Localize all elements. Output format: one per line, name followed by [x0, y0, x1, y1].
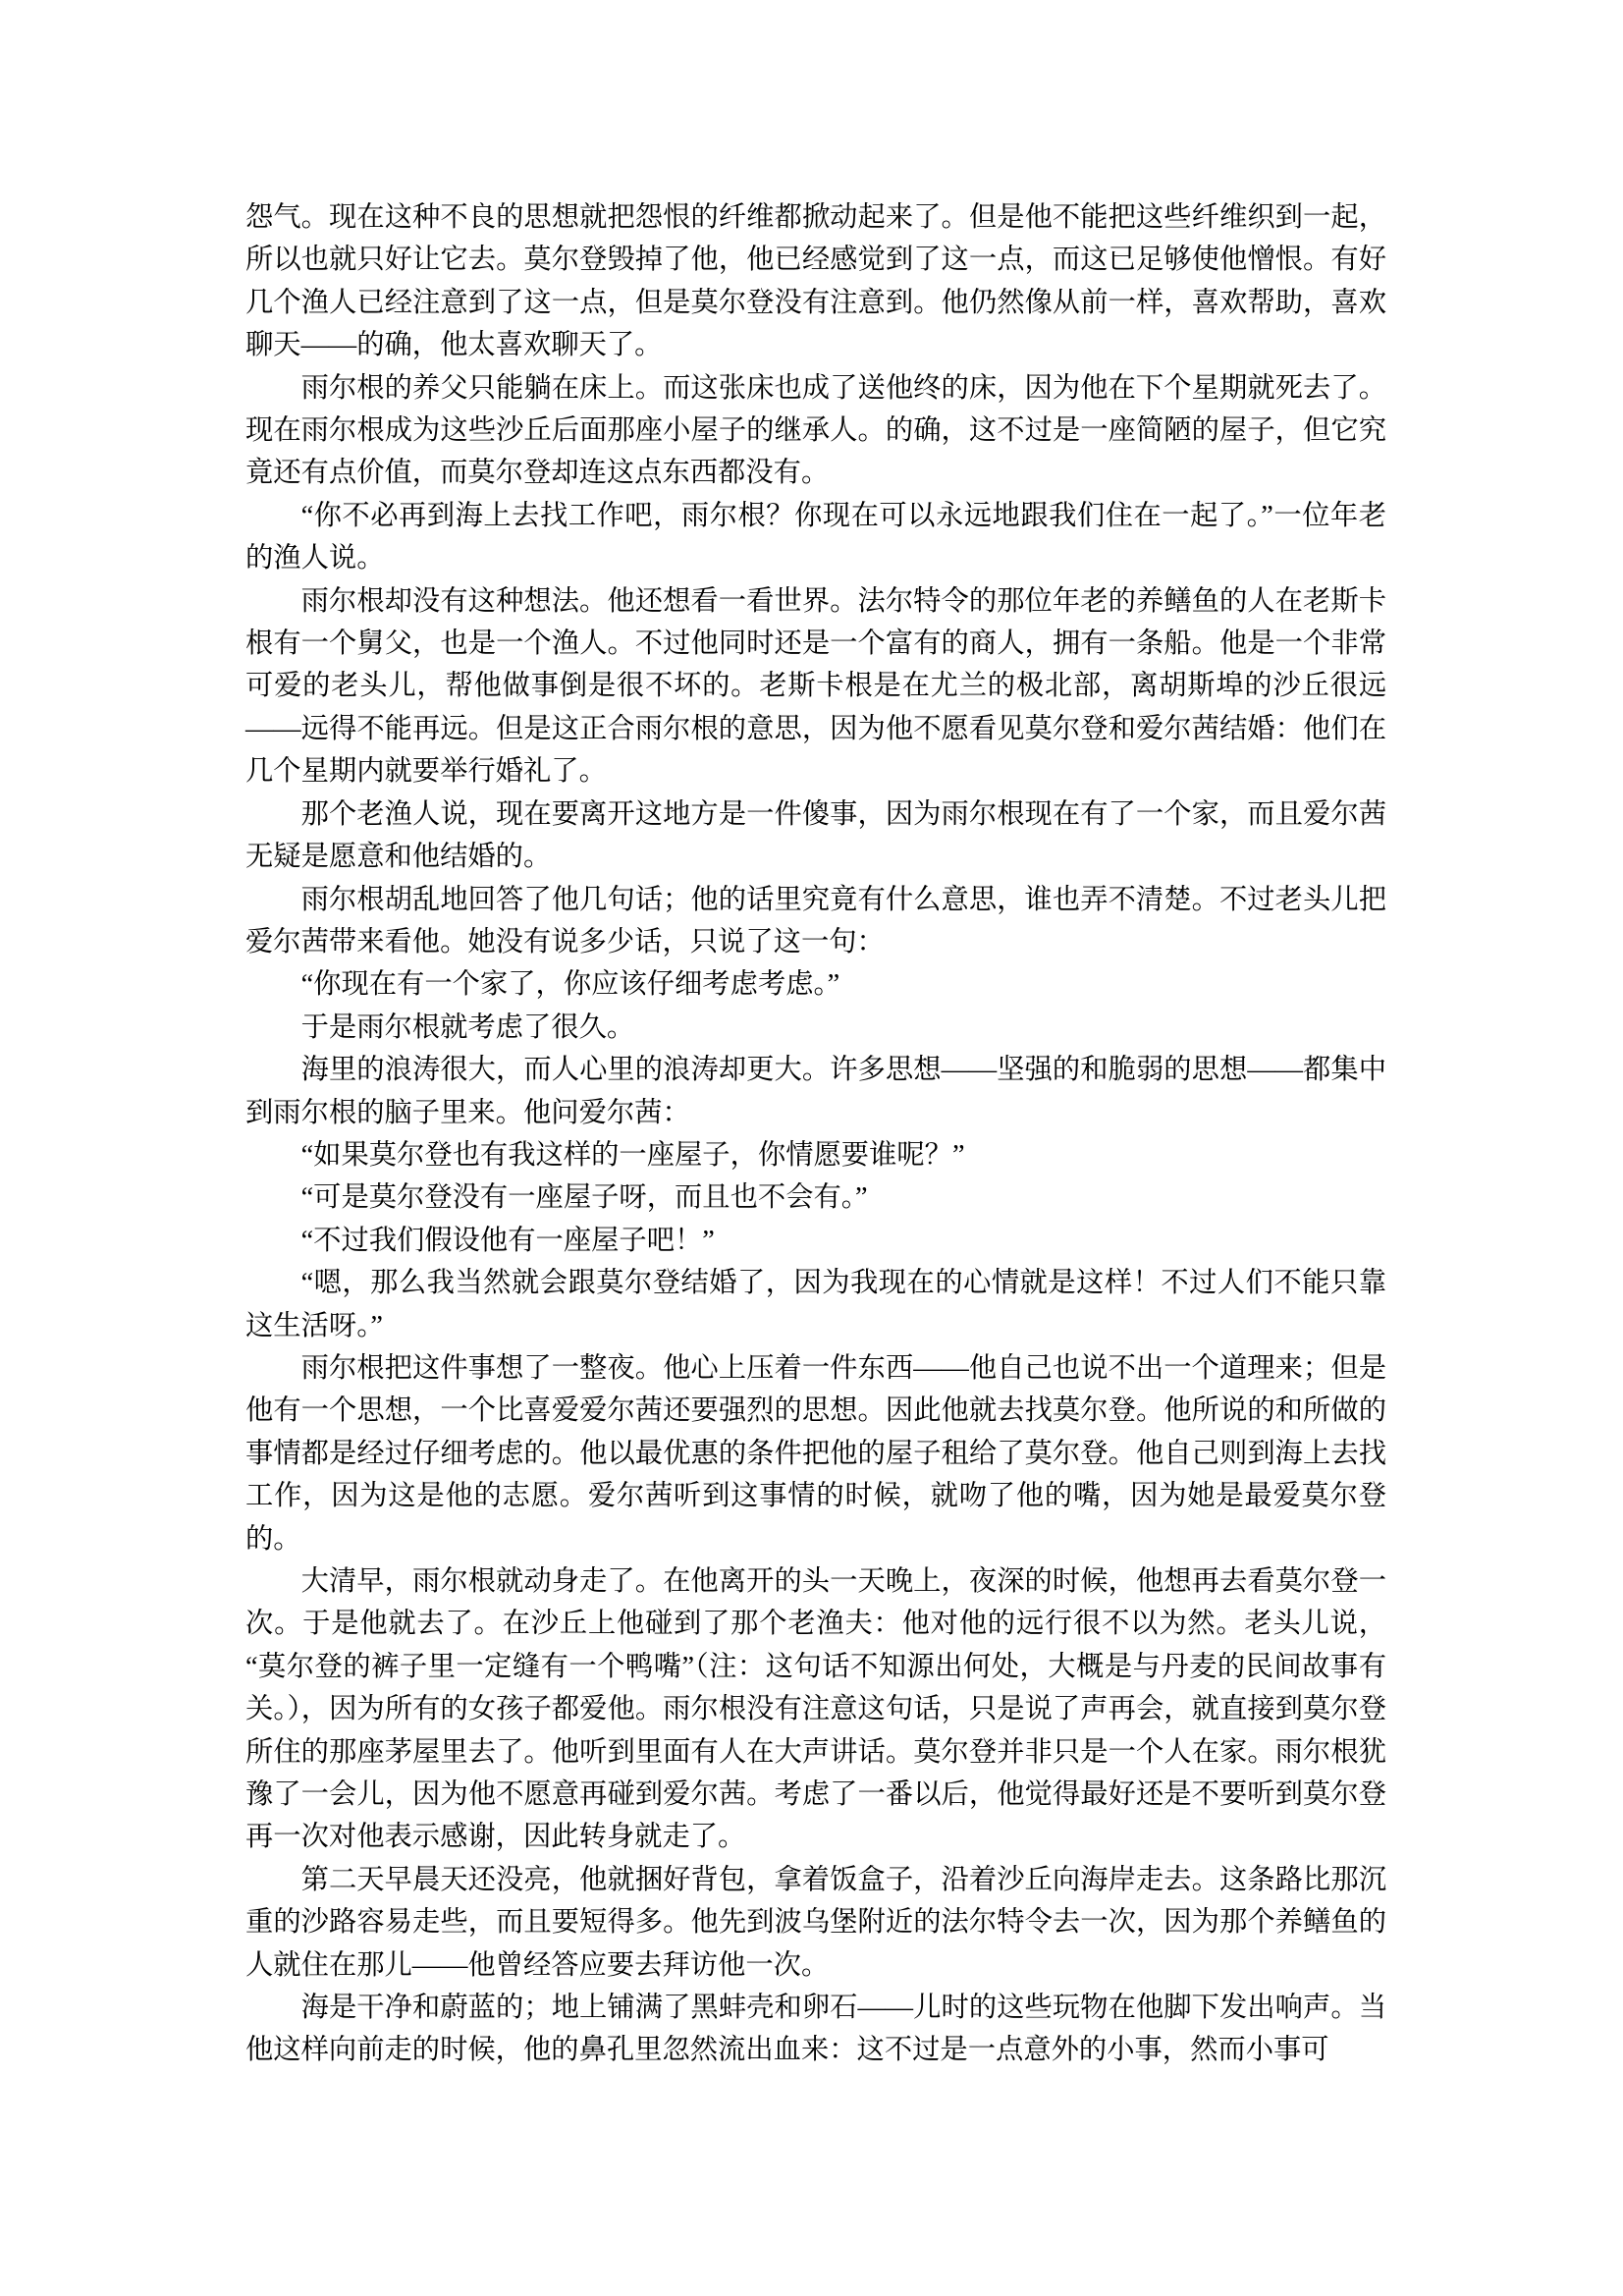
paragraph: 大清早，雨尔根就动身走了。在他离开的头一天晚上，夜深的时候，他想再去看莫尔登一次… [245, 1560, 1386, 1859]
paragraph: “可是莫尔登没有一座屋子呀，而且也不会有。” [245, 1176, 1386, 1219]
document-page: 怨气。现在这种不良的思想就把怨恨的纤维都掀动起来了。但是他不能把这些纤维织到一起… [0, 0, 1623, 2296]
paragraph: 那个老渔人说，现在要离开这地方是一件傻事，因为雨尔根现在有了一个家，而且爱尔茜无… [245, 793, 1386, 879]
paragraph: “嗯，那么我当然就会跟莫尔登结婚了，因为我现在的心情就是这样！不过人们不能只靠这… [245, 1262, 1386, 1347]
paragraph: 雨尔根却没有这种想法。他还想看一看世界。法尔特令的那位年老的养鳝鱼的人在老斯卡根… [245, 580, 1386, 793]
paragraph: 第二天早晨天还没亮，他就捆好背包，拿着饭盒子，沿着沙丘向海岸走去。这条路比那沉重… [245, 1859, 1386, 1987]
paragraph: 雨尔根的养父只能躺在床上。而这张床也成了送他终的床，因为他在下个星期就死去了。现… [245, 367, 1386, 495]
paragraph: 于是雨尔根就考虑了很久。 [245, 1007, 1386, 1049]
paragraph: 海是干净和蔚蓝的；地上铺满了黑蚌壳和卵石——儿时的这些玩物在他脚下发出响声。当他… [245, 1987, 1386, 2072]
story-text-block: 怨气。现在这种不良的思想就把怨恨的纤维都掀动起来了。但是他不能把这些纤维织到一起… [245, 196, 1386, 2072]
paragraph: 海里的浪涛很大，而人心里的浪涛却更大。许多思想——坚强的和脆弱的思想——都集中到… [245, 1049, 1386, 1134]
paragraph: “如果莫尔登也有我这样的一座屋子，你情愿要谁呢？” [245, 1134, 1386, 1176]
paragraph: 雨尔根把这件事想了一整夜。他心上压着一件东西——他自己也说不出一个道理来；但是他… [245, 1347, 1386, 1560]
page: { "page": { "background_color": "#ffffff… [0, 0, 1623, 2296]
paragraph: “你现在有一个家了，你应该仔细考虑考虑。” [245, 963, 1386, 1006]
paragraph: “你不必再到海上去找工作吧，雨尔根？你现在可以永远地跟我们住在一起了。”一位年老… [245, 495, 1386, 580]
paragraph: “不过我们假设他有一座屋子吧！” [245, 1220, 1386, 1262]
paragraph: 雨尔根胡乱地回答了他几句话；他的话里究竟有什么意思，谁也弄不清楚。不过老头儿把爱… [245, 879, 1386, 964]
paragraph: 怨气。现在这种不良的思想就把怨恨的纤维都掀动起来了。但是他不能把这些纤维织到一起… [245, 196, 1386, 367]
